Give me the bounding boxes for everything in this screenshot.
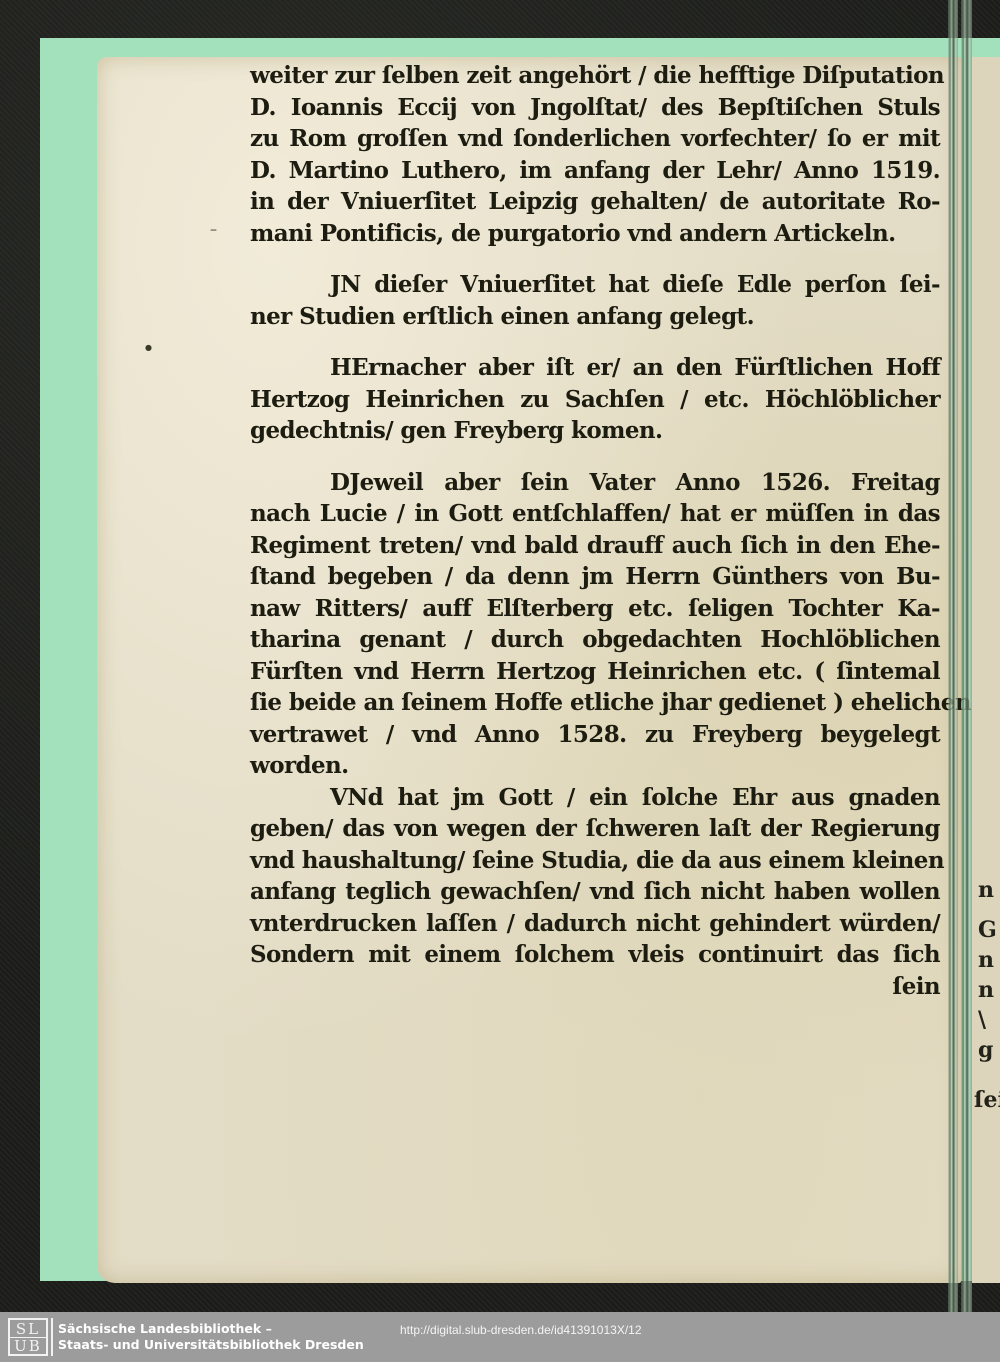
text-line: geben/ das von wegen der ſchweren laſt d… xyxy=(250,813,940,845)
page-text: weiter zur ſelben zeit angehört / die he… xyxy=(250,60,940,1002)
footer-bar: SL UB Sächsische Landesbibliothek – Staa… xyxy=(0,1312,1000,1362)
text-line: ner Studien erſtlich einen anfang gelegt… xyxy=(250,301,940,333)
paragraph-start: VNd hat jm Gott / ein ſolche Ehr aus gna… xyxy=(250,782,940,814)
text-line: D. Ioannis Eccij von Jngolſtat/ des Bepſ… xyxy=(250,92,940,124)
text-line: ſtand begeben / da denn jm Herrn Günther… xyxy=(250,561,940,593)
glass-plate-edge xyxy=(961,0,972,1312)
paragraph-start: JN dieſer Vniuerſitet hat dieſe Edle per… xyxy=(250,269,940,301)
text-line: vnd haushaltung/ ſeine Studia, die da au… xyxy=(250,845,940,877)
text-line: Fürſten vnd Herrn Hertzog Heinrichen etc… xyxy=(250,656,940,688)
text-line: gedechtnis/ gen Freyberg komen. xyxy=(250,415,940,447)
text-line: tharina genant / durch obgedachten Hochl… xyxy=(250,624,940,656)
text-line: Regiment treten/ vnd bald drauff auch ſi… xyxy=(250,530,940,562)
text-line: Sondern mit einem ſolchem vleis continui… xyxy=(250,939,940,971)
adjacent-text-fragment: ſei xyxy=(974,1087,1000,1113)
text-line: ſie beide an ſeinem Hoffe etliche jhar g… xyxy=(250,687,940,719)
adjacent-text-fragment: n xyxy=(978,877,994,903)
adjacent-text-fragment: \ xyxy=(978,1007,986,1033)
text-line: mani Pontificis, de purgatorio vnd ander… xyxy=(250,218,940,250)
slub-logo: SL UB xyxy=(8,1318,48,1356)
text-line: D. Martino Luthero, im anfang der Lehr/ … xyxy=(250,155,940,187)
permalink-url[interactable]: http://digital.slub-dresden.de/id4139101… xyxy=(400,1323,642,1337)
adjacent-page-edge: n G n n \ g ſei xyxy=(972,57,1000,1283)
glass-plate-edge xyxy=(948,0,958,1312)
adjacent-text-fragment: G xyxy=(978,917,997,943)
text-line: zu Rom groſſen vnd ſonderlichen vorfecht… xyxy=(250,123,940,155)
text-line: Hertzog Heinrichen zu Sachſen / etc. Höc… xyxy=(250,384,940,416)
text-line: anfang teglich gewachſen/ vnd ſich nicht… xyxy=(250,876,940,908)
library-name: Sächsische Landesbibliothek – Staats- un… xyxy=(58,1321,364,1353)
text-line: nach Lucie / in Gott entſchlaffen/ hat e… xyxy=(250,498,940,530)
adjacent-text-fragment: n xyxy=(978,977,994,1003)
text-line: worden. xyxy=(250,750,940,782)
margin-dot: ● xyxy=(145,343,152,352)
adjacent-text-fragment: n xyxy=(978,947,994,973)
text-line: vertrawet / vnd Anno 1528. zu Freyberg b… xyxy=(250,719,940,751)
text-line: weiter zur ſelben zeit angehört / die he… xyxy=(250,60,940,92)
paragraph-start: DJeweil aber ſein Vater Anno 1526. Freit… xyxy=(250,467,940,499)
catchword: ſein xyxy=(250,971,940,1003)
adjacent-text-fragment: g xyxy=(978,1037,993,1063)
paragraph-start: HErnacher aber iſt er/ an den Fürſtliche… xyxy=(250,352,940,384)
margin-dash: – xyxy=(210,222,217,238)
text-line: vnterdrucken laſſen / dadurch nicht gehi… xyxy=(250,908,940,940)
text-line: naw Ritters/ auff Elſterberg etc. ſelige… xyxy=(250,593,940,625)
text-line: in der Vniuerſitet Leipzig gehalten/ de … xyxy=(250,186,940,218)
